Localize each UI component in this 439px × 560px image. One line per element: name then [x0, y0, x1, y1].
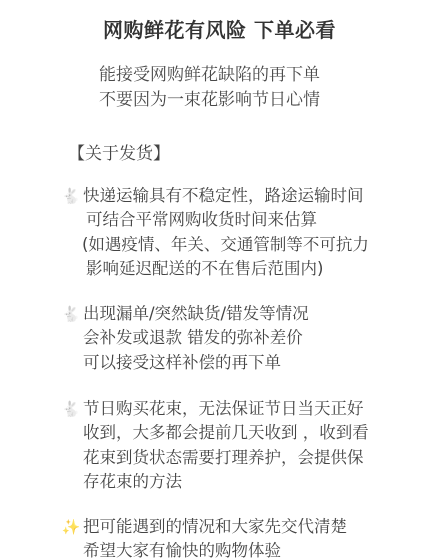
list-item: ✨ 把可能遇到的情况和大家先交代清楚 希望大家有愉快的购物体验 — [60, 515, 347, 560]
item-text: 可以接受这样补偿的再下单 — [83, 353, 281, 372]
subtitle-line: 能接受网购鲜花缺陷的再下单 — [99, 63, 320, 88]
list-item: 🐇 节日购买花束，无法保证节日当天正好 收到，大多都会提前几天收到 ，收到看 花… — [60, 397, 369, 494]
list-item: 🐇 快递运输具有不稳定性，路途运输时间 可结合平常网购收货时间来估算 (如遇疫情… — [60, 184, 369, 281]
item-text: 可结合平常网购收货时间来估算 — [86, 210, 317, 229]
item-text: 存花束的方法 — [83, 472, 182, 491]
item-text: 花束到货状态需要打理养护，会提供保 — [83, 448, 364, 467]
item-text: 收到，大多都会提前几天收到 ，收到看 — [83, 423, 369, 442]
item-text: 出现漏单/突然缺货/错发等情况 — [83, 304, 309, 323]
item-text: 把可能遇到的情况和大家先交代清楚 — [83, 517, 347, 536]
section-heading-shipping: 【关于发货】 — [68, 142, 170, 166]
rabbit-icon: 🐇 — [60, 184, 82, 208]
subtitle: 能接受网购鲜花缺陷的再下单 不要因为一束花影响节日心情 — [99, 63, 320, 113]
item-text: (如遇疫情、年关、交通管制等不可抗力 — [82, 235, 369, 254]
page-title: 网购鲜花有风险 下单必看 — [0, 17, 439, 43]
rabbit-icon: 🐇 — [60, 397, 82, 421]
item-text: 会补发或退款 错发的弥补差价 — [83, 328, 303, 347]
item-text: 希望大家有愉快的购物体验 — [83, 541, 281, 560]
rabbit-icon: 🐇 — [60, 302, 82, 326]
item-text: 影响延迟配送的不在售后范围内) — [86, 259, 323, 278]
sparkles-icon: ✨ — [60, 515, 82, 539]
item-text: 节日购买花束，无法保证节日当天正好 — [83, 399, 364, 418]
item-text: 快递运输具有不稳定性，路途运输时间 — [83, 186, 364, 205]
subtitle-line: 不要因为一束花影响节日心情 — [99, 88, 320, 113]
list-item: 🐇 出现漏单/突然缺货/错发等情况 会补发或退款 错发的弥补差价 可以接受这样补… — [60, 302, 309, 375]
